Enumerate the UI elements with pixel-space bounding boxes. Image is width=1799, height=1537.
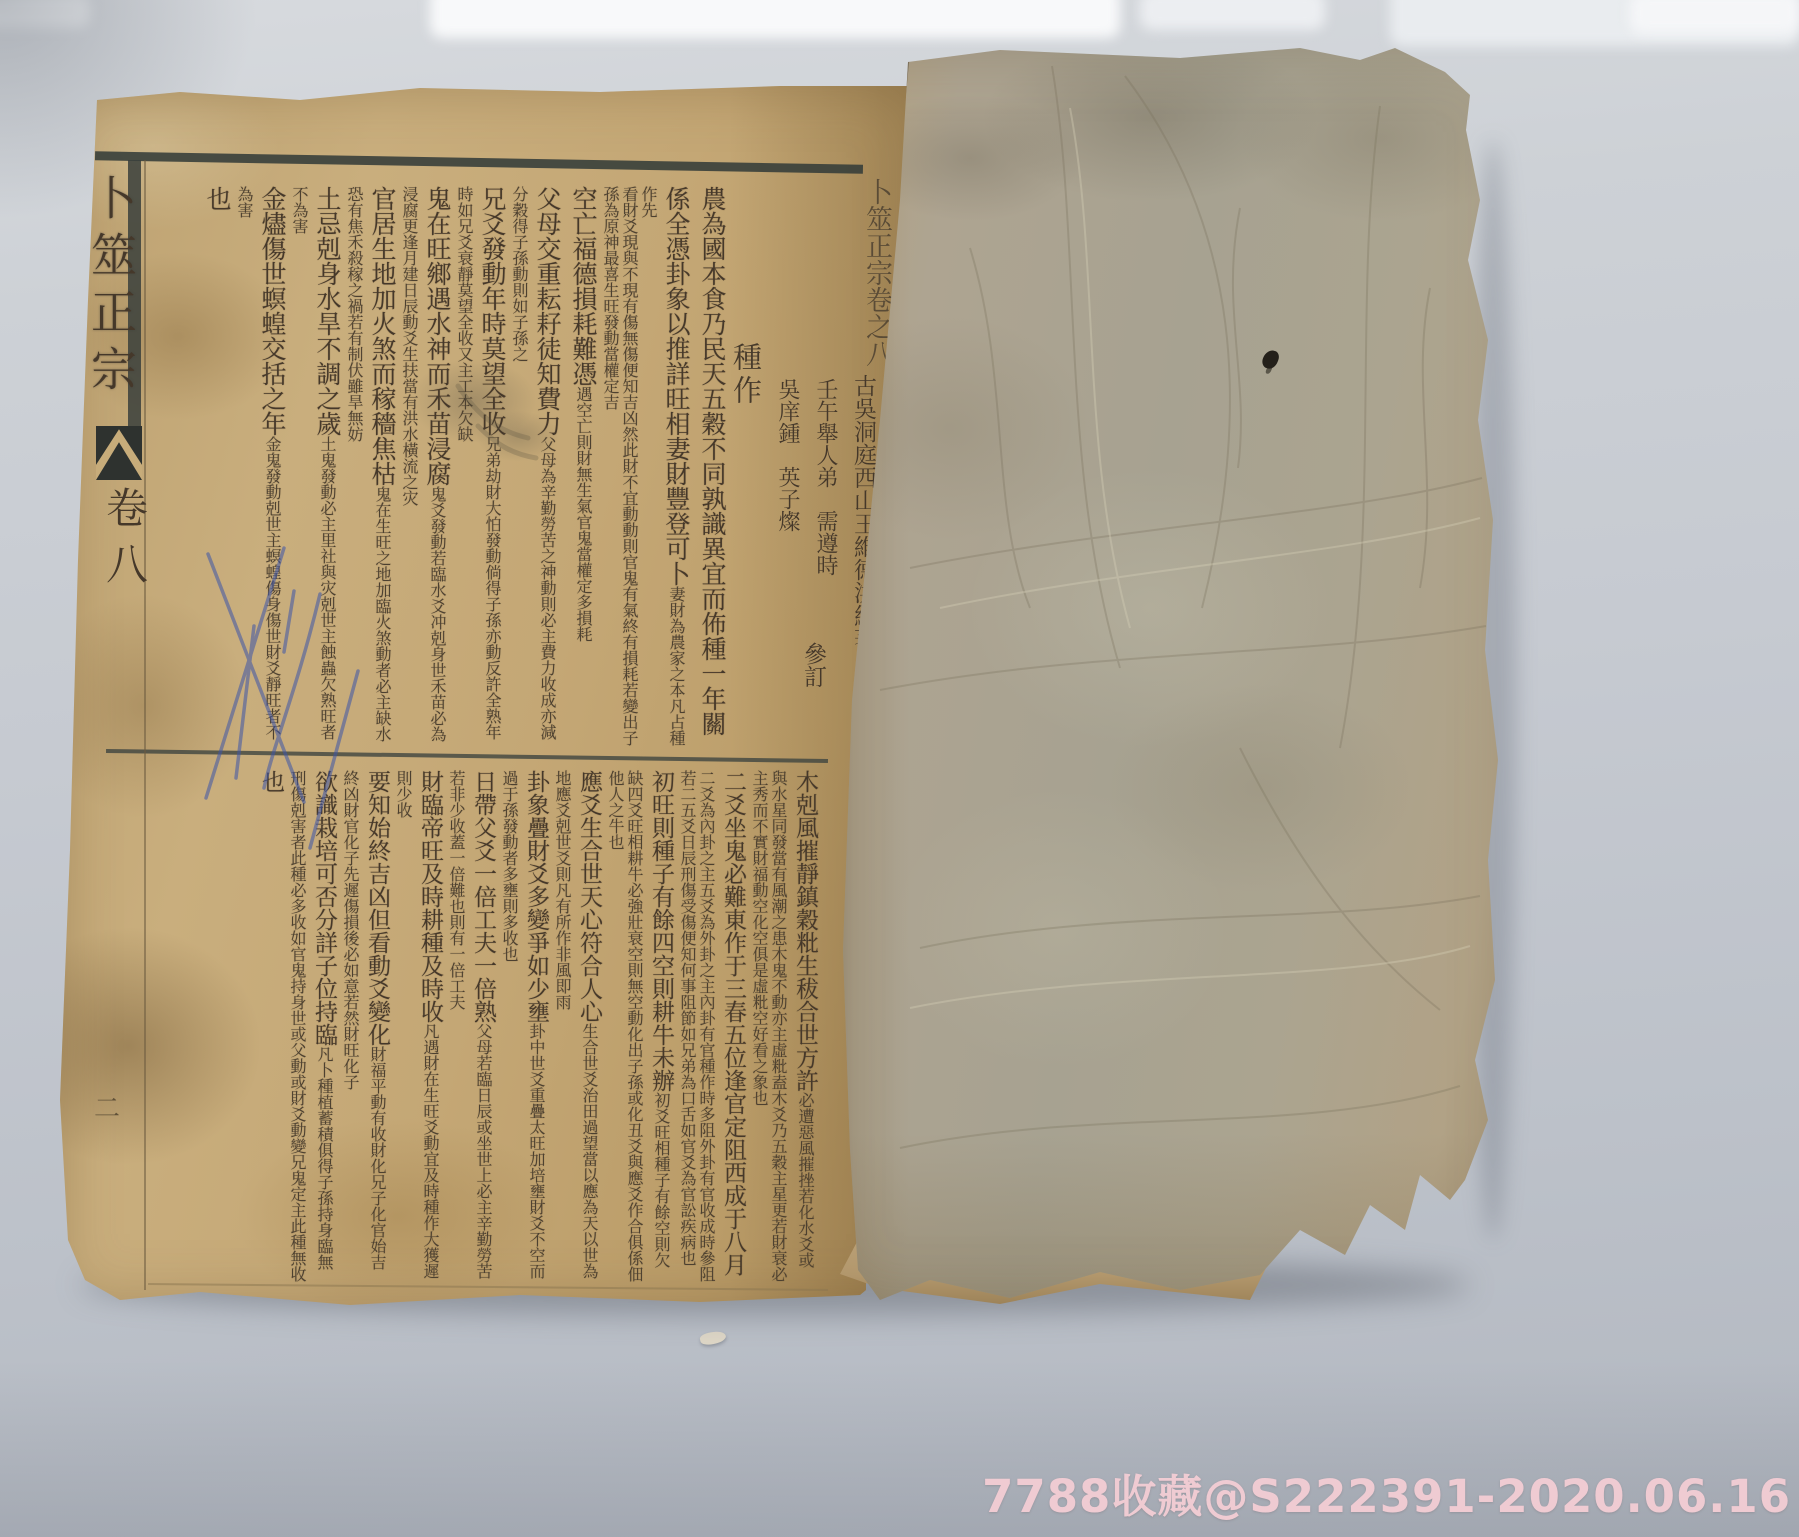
author-third: 吳庠鍾 英子燦 bbox=[768, 374, 806, 674]
right-blank-page bbox=[820, 48, 1520, 1310]
text-column: 財臨帝旺及時耕種及時收凡遇財在生旺爻動宜及時種作大獲遲則少收 bbox=[394, 770, 447, 1282]
text-column: 農為國本食乃民天五穀不同孰識異宜而佈種一年關 bbox=[694, 186, 730, 752]
photo-of-antique-book: 卜筮正宗 卷八 二 卜筮正宗卷之八 種作 古吳洞庭西山王維德洪緒著 壬午舉人弟 … bbox=[0, 0, 1799, 1537]
text-column: 卦象疊財爻多變爭如少壅卦中世爻重疊太旺加培壅財爻不空而過于孫發動者多壅則多收也 bbox=[500, 770, 553, 1282]
spine-volume-label: 卷八 bbox=[94, 486, 154, 598]
text-column: 父母交重耘耔徒知費力父母為辛勤勞苦之神動則必主費力收成亦減分穀得子孫動則如子孫之 bbox=[510, 186, 565, 752]
text-column: 也 bbox=[199, 186, 235, 752]
text-column: 要知始終吉凶但看動爻變化財福平動有收財化兄子化官始吉終凶財官化子先遲傷損後必如意… bbox=[341, 770, 394, 1282]
surface-glare bbox=[430, 0, 1120, 38]
watermark: 7788收藏@S222391-2020.06.16 bbox=[982, 1460, 1791, 1525]
page-top-border bbox=[95, 151, 863, 173]
author-second: 壬午舉人弟 需遵時 bbox=[806, 374, 844, 674]
text-column: 二爻坐鬼必難東作于三春五位逢官定阻西成于八月 bbox=[716, 770, 750, 1282]
surface-glare bbox=[1630, 0, 1799, 34]
text-column: 鬼在旺鄉遇水神而禾苗浸腐鬼爻發動若臨水爻冲剋身世禾苗必為浸腐更逢月建日辰動爻生扶… bbox=[400, 186, 455, 752]
page-bottom-border bbox=[148, 1283, 828, 1291]
fishtail-notch bbox=[96, 426, 142, 480]
text-column: 二爻為內卦之主五爻為外卦之主內卦有官種作時多阻外卦有官收成時參阻若二五爻日辰刑傷… bbox=[678, 770, 716, 1282]
folio-page-number: 二 bbox=[94, 1088, 120, 1125]
left-printed-page: 卜筮正宗 卷八 二 卜筮正宗卷之八 種作 古吳洞庭西山王維德洪緒著 壬午舉人弟 … bbox=[58, 86, 918, 1306]
text-column: 兄爻發動年時莫望全收兄弟劫財大怕發動倘得子孫亦動反許全熟年時如兄爻衰靜莫望全收又… bbox=[455, 186, 510, 752]
text-column: 應爻生合世天心符合人心生合世爻治田過望當以應為天以世為地應爻剋世爻則凡有所作非風… bbox=[553, 770, 606, 1282]
lower-text-block: 木剋風摧靜鎮穀粃生秡合世方許必遭惡風摧挫若化水爻或與水星同發當有風潮之患木鬼不動… bbox=[140, 770, 822, 1282]
text-column: 金燼傷世螟蝗交括之年金鬼發動剋世主螟蝗傷身傷世財爻靜旺者不為害 bbox=[235, 186, 290, 752]
text-column: 看財爻現與不現有傷無傷便知吉凶然此財不宜動動則官鬼有氣終有損耗若變出子孫為原神最… bbox=[601, 186, 639, 752]
text-column: 係全憑卦象以推詳旺相妻財豐登可卜妻財為農家之本凡占種作先 bbox=[639, 186, 694, 752]
text-column: 木剋風摧靜鎮穀粃生秡合世方許必遭惡風摧挫若化水爻或與水星同發當有風潮之患木鬼不動… bbox=[750, 770, 822, 1282]
section-title: 種作 bbox=[726, 342, 766, 462]
fishtail-icon bbox=[96, 426, 142, 480]
paper-crease-lines bbox=[820, 48, 1520, 1310]
text-column: 也 bbox=[254, 770, 288, 1282]
text-column: 土忌剋身水旱不調之歲土鬼發動必主里社與灾剋世主蝕蟲欠熟旺者不為害 bbox=[290, 186, 345, 752]
text-column: 日帶父爻一倍工夫一倍熟父母若臨日辰或坐世上必主辛勤勞苦若非少收蓋一倍難也則有一倍… bbox=[447, 770, 500, 1282]
text-column: 欲識栽培可否分詳子位持臨凡卜種植蓄積俱得子孫持身臨無刑傷剋害者此種必多收如官鬼持… bbox=[288, 770, 341, 1282]
text-column: 初旺則種子有餘四空則耕牛未辦初爻旺相種子有餘空則欠缺四爻旺相耕牛必強壯衰空則無空… bbox=[606, 770, 678, 1282]
text-column: 空亡福德損耗難憑遇空亡則財無生氣官鬼當權定多損耗 bbox=[565, 186, 601, 752]
author-role-label: 參訂 bbox=[798, 642, 828, 722]
surface-glare bbox=[1140, 0, 1325, 30]
text-column: 官居生地加火煞而稼穡焦枯鬼在生旺之地加臨火煞動者必主缺水恐有焦禾殺稼之禍若有制伏… bbox=[345, 186, 400, 752]
upper-text-block: 農為國本食乃民天五穀不同孰識異宜而佈種一年關係全憑卦象以推詳旺相妻財豐登可卜妻財… bbox=[152, 186, 730, 752]
